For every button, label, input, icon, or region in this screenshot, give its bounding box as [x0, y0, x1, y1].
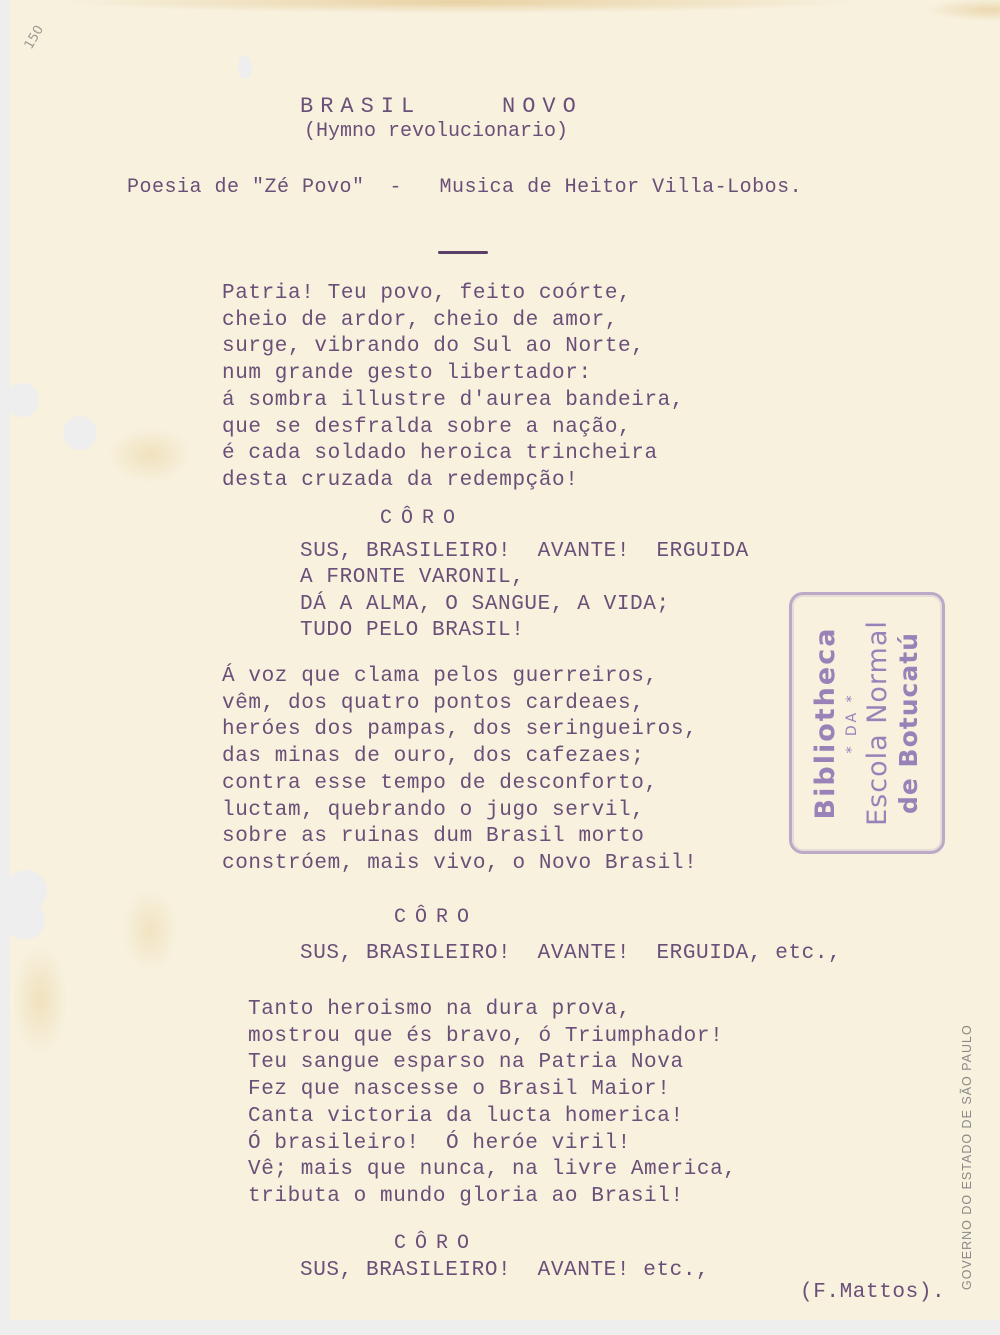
verse-line: é cada soldado heroica trincheira	[222, 441, 684, 468]
stanza-2: Á voz que clama pelos guerreiros, vêm, d…	[222, 664, 697, 878]
document-subtitle: (Hymno revolucionario)	[304, 120, 568, 143]
stamp-line: Escola Normal	[862, 603, 894, 843]
margin-note: GOVERNO DO ESTADO DE SÃO PAULO	[960, 1024, 974, 1290]
chorus-line: SUS, BRASILEIRO! AVANTE! etc.,	[300, 1258, 709, 1284]
verse-line: desta cruzada da redempção!	[222, 468, 684, 495]
verse-line: heróes dos pampas, dos seringueiros,	[222, 717, 697, 744]
verse-line: Canta victoria da lucta homerica!	[248, 1104, 736, 1131]
stamp-line: * DA *	[842, 603, 862, 843]
stamp-line: Bibliotheca	[810, 603, 842, 843]
stanza-3: Tanto heroismo na dura prova, mostrou qu…	[248, 997, 736, 1211]
verse-line: Teu sangue esparso na Patria Nova	[248, 1050, 736, 1077]
verse-line: que se desfralda sobre a nação,	[222, 415, 684, 442]
verse-line: contra esse tempo de desconforto,	[222, 771, 697, 798]
stanza-1: Patria! Teu povo, feito coórte, cheio de…	[222, 281, 684, 495]
verse-line: surge, vibrando do Sul ao Norte,	[222, 334, 684, 361]
chorus-heading: CÔRO	[380, 507, 464, 530]
verse-line: cheio de ardor, cheio de amor,	[222, 308, 684, 335]
verse-line: Á voz que clama pelos guerreiros,	[222, 664, 697, 691]
title-divider	[438, 251, 488, 254]
verse-line: Ó brasileiro! Ó heróe viril!	[248, 1131, 736, 1158]
chorus-heading: CÔRO	[394, 1232, 478, 1255]
verse-line: Tanto heroismo na dura prova,	[248, 997, 736, 1024]
signature: (F.Mattos).	[800, 1281, 945, 1304]
document-title: BRASIL NOVO	[300, 94, 583, 119]
punch-hole	[5, 383, 39, 417]
verse-line: tributa o mundo gloria ao Brasil!	[248, 1184, 736, 1211]
verse-line: das minas de ouro, dos cafezaes;	[222, 744, 697, 771]
library-stamp: Bibliotheca * DA * Escola Normal de Botu…	[789, 592, 945, 854]
chorus-heading: CÔRO	[394, 906, 478, 929]
paper-tear	[238, 55, 252, 79]
chorus-1: SUS, BRASILEIRO! AVANTE! ERGUIDA A FRONT…	[300, 539, 749, 644]
credits-line: Poesia de "Zé Povo" - Musica de Heitor V…	[127, 176, 802, 199]
punch-hole	[63, 416, 97, 450]
stamp-line: de Botucatú	[894, 603, 924, 843]
chorus-line: TUDO PELO BRASIL!	[300, 618, 749, 644]
verse-line: Vê; mais que nunca, na livre America,	[248, 1157, 736, 1184]
verse-line: Fez que nascesse o Brasil Maior!	[248, 1077, 736, 1104]
chorus-line: A FRONTE VARONIL,	[300, 565, 749, 591]
chorus-line: DÁ A ALMA, O SANGUE, A VIDA;	[300, 592, 749, 618]
verse-line: constróem, mais vivo, o Novo Brasil!	[222, 851, 697, 878]
chorus-line: SUS, BRASILEIRO! AVANTE! ERGUIDA	[300, 539, 749, 565]
chorus-line: SUS, BRASILEIRO! AVANTE! ERGUIDA, etc.,	[300, 941, 841, 967]
verse-line: sobre as ruinas dum Brasil morto	[222, 824, 697, 851]
verse-line: vêm, dos quatro pontos cardeaes,	[222, 691, 697, 718]
verse-line: mostrou que és bravo, ó Triumphador!	[248, 1024, 736, 1051]
punch-hole	[5, 900, 45, 940]
verse-line: luctam, quebrando o jugo servil,	[222, 798, 697, 825]
verse-line: á sombra illustre d'aurea bandeira,	[222, 388, 684, 415]
chorus-3: SUS, BRASILEIRO! AVANTE! etc.,	[300, 1258, 709, 1284]
chorus-2: SUS, BRASILEIRO! AVANTE! ERGUIDA, etc.,	[300, 941, 841, 967]
verse-line: num grande gesto libertador:	[222, 361, 684, 388]
verse-line: Patria! Teu povo, feito coórte,	[222, 281, 684, 308]
